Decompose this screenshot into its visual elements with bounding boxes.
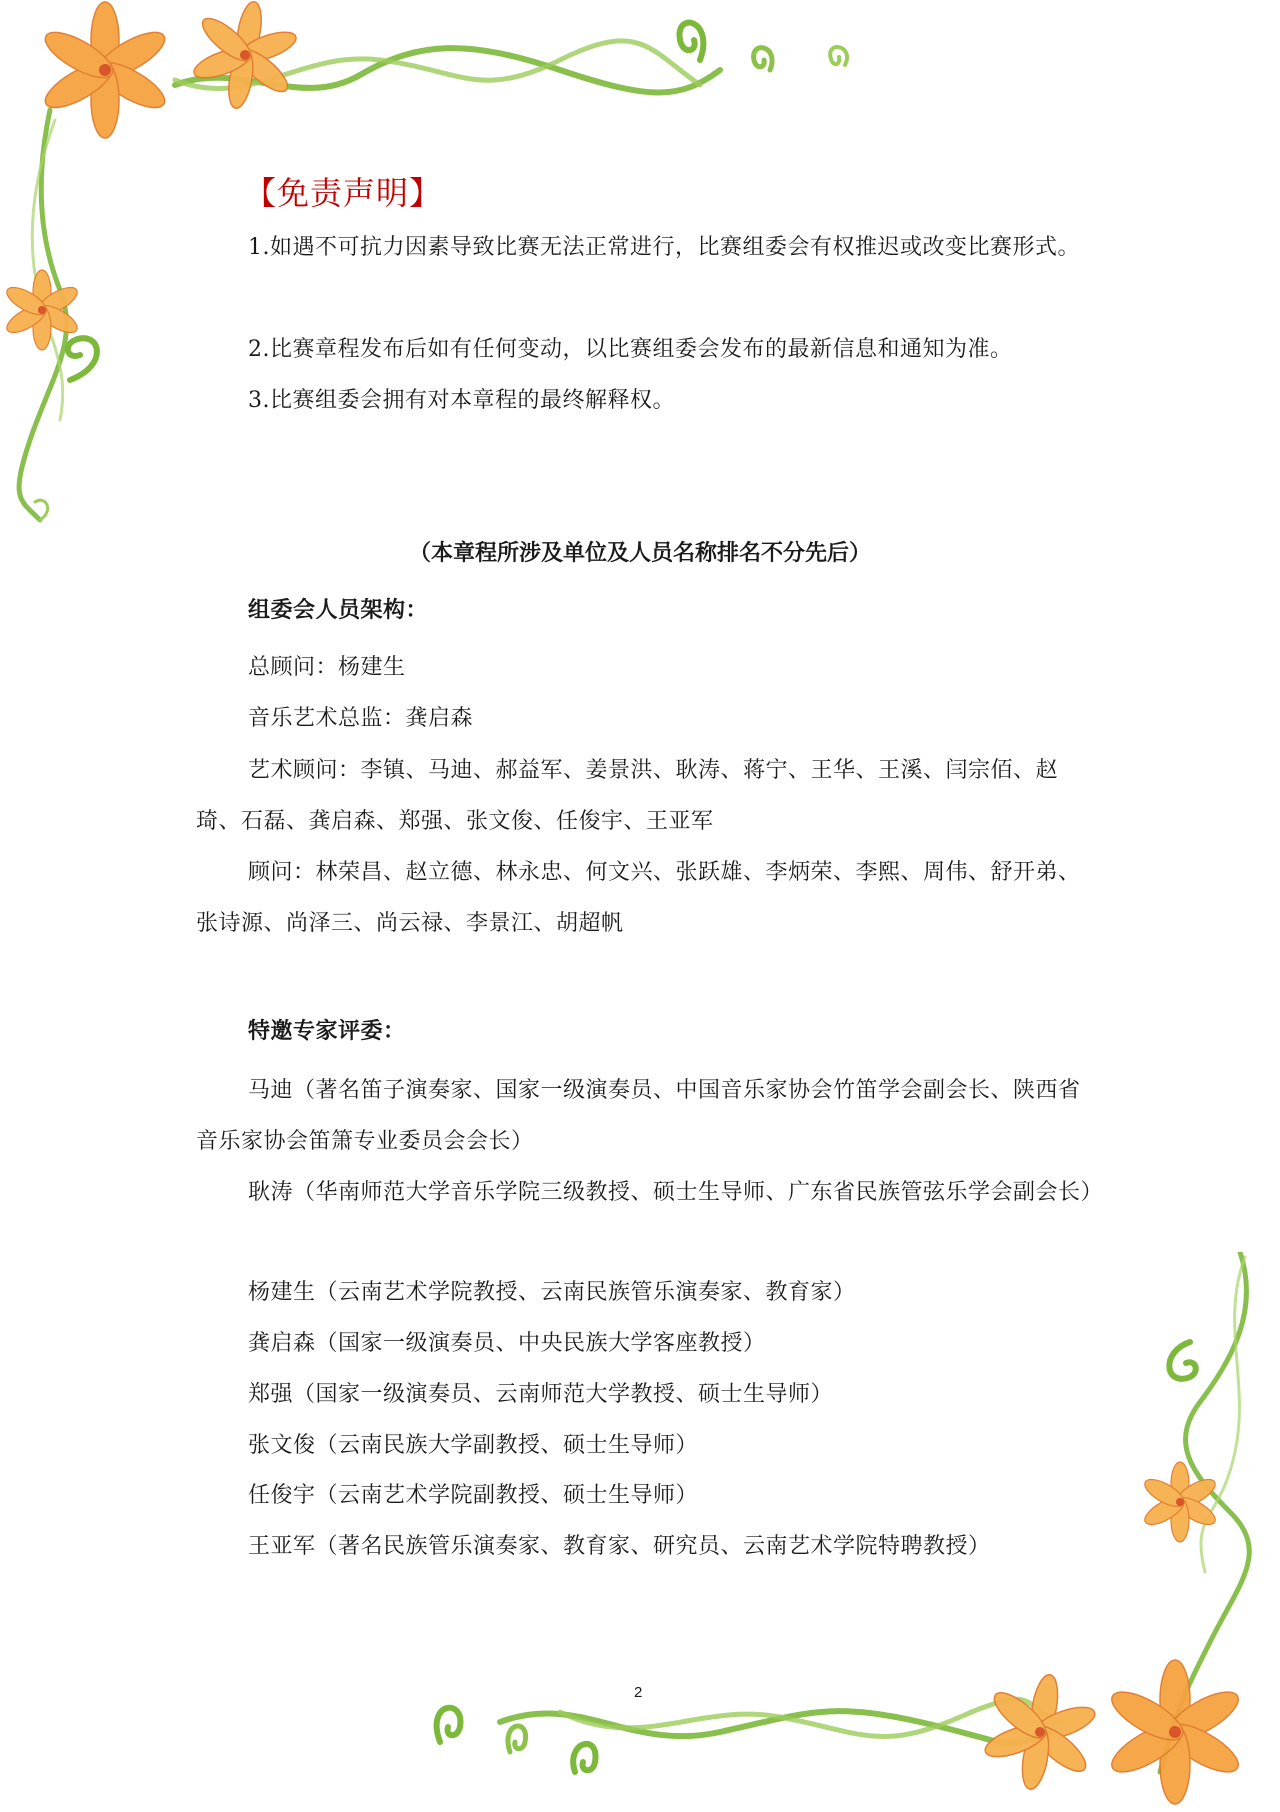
general-advisor: 总顾问：杨建生 — [248, 653, 406, 683]
committee-title: 组委会人员架构： — [248, 596, 428, 626]
disclaimer-title: 【免责声明】 — [244, 168, 442, 214]
disclaimer-item-1: 1.如遇不可抗力因素导致比赛无法正常进行，比赛组委会有权推迟或改变比赛形式。 — [196, 222, 1096, 273]
judge-item: 王亚军（著名民族管乐演奏家、教育家、研究员、云南艺术学院特聘教授） — [248, 1532, 991, 1562]
advisors: 顾问：林荣昌、赵立德、林永忠、何文兴、张跃雄、李炳荣、李熙、周伟、舒开弟、张诗源… — [196, 847, 1096, 949]
disclaimer-item-3: 3.比赛组委会拥有对本章程的最终解释权。 — [196, 375, 1096, 426]
disclaimer-item-2: 2.比赛章程发布后如有任何变动，以比赛组委会发布的最新信息和通知为准。 — [196, 324, 1096, 375]
judge-item: 杨建生（云南艺术学院教授、云南民族管乐演奏家、教育家） — [248, 1278, 856, 1308]
art-advisors: 艺术顾问：李镇、马迪、郝益军、姜景洪、耿涛、蒋宁、王华、王溪、闫宗佰、赵琦、石磊… — [196, 745, 1096, 847]
page-number: 2 — [634, 1684, 642, 1701]
judge-item: 马迪（著名笛子演奏家、国家一级演奏员、中国音乐家协会竹笛学会副会长、陕西省音乐家… — [196, 1065, 1096, 1167]
judges-title: 特邀专家评委： — [248, 1017, 406, 1047]
judge-item: 龚启森（国家一级演奏员、中央民族大学客座教授） — [248, 1329, 766, 1359]
judge-item: 耿涛（华南师范大学音乐学院三级教授、硕士生导师、广东省民族管弦乐学会副会长） — [196, 1167, 1096, 1218]
music-director: 音乐艺术总监：龚启森 — [248, 704, 473, 734]
judge-item: 郑强（国家一级演奏员、云南师范大学教授、硕士生导师） — [248, 1380, 833, 1410]
judge-item: 张文俊（云南民族大学副教授、硕士生导师） — [248, 1431, 698, 1461]
judge-item: 任俊宇（云南艺术学院副教授、硕士生导师） — [248, 1481, 698, 1511]
ranking-note: （本章程所涉及单位及人员名称排名不分先后） — [0, 536, 1280, 567]
document-page: 【免责声明】 1.如遇不可抗力因素导致比赛无法正常进行，比赛组委会有权推迟或改变… — [0, 0, 1280, 1812]
